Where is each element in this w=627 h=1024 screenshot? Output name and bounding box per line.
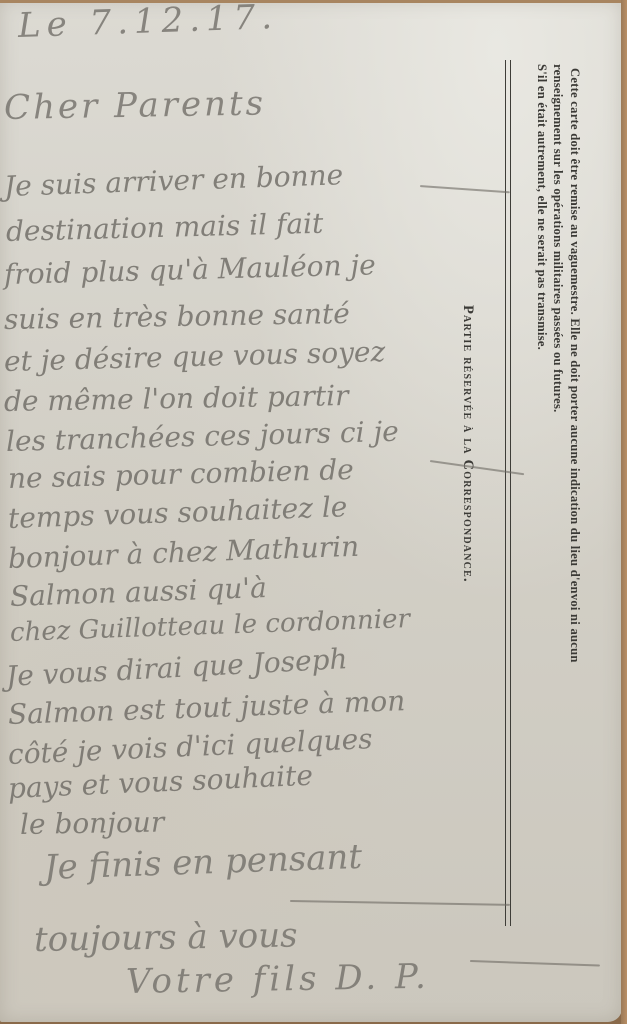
handwritten-line: les tranchées ces jours ci je — [6, 415, 400, 458]
handwritten-line: de même l'on doit partir — [4, 379, 349, 418]
handwritten-line: destination mais il fait — [6, 207, 324, 248]
handwritten-line: suis en très bonne santé — [4, 297, 350, 336]
pencil-stroke — [290, 900, 510, 906]
double-rule-divider — [505, 60, 511, 926]
handwritten-date: Le 7.12.17. — [17, 0, 278, 46]
handwritten-line: Je suis arriver en bonne — [3, 158, 343, 203]
handwritten-closing: toujours à vous — [34, 915, 298, 960]
notice-line-2: renseignement sur les opérations militai… — [550, 64, 567, 663]
printed-notice: Cette carte doit être remise au vaguemes… — [534, 64, 584, 663]
handwritten-signature: Votre fils D. P. — [126, 957, 430, 1002]
pencil-stroke — [420, 185, 510, 193]
pencil-stroke — [470, 960, 600, 967]
handwritten-line: froid plus qu'à Mauléon je — [4, 248, 377, 291]
handwritten-closing: Je finis en pensant — [43, 837, 362, 888]
postcard: Cette carte doit être remise au vaguemes… — [0, 0, 622, 1022]
handwritten-line: Salmon aussi qu'à — [9, 571, 267, 613]
table-surface-right — [621, 0, 627, 1024]
correspondence-heading: Partie réservée à la Correspondance. — [459, 305, 476, 583]
notice-line-1: Cette carte doit être remise au vaguemes… — [567, 64, 584, 663]
handwritten-line: bonjour à chez Mathurin — [7, 530, 359, 575]
handwritten-line: le bonjour — [20, 805, 165, 841]
handwritten-salutation: Cher Parents — [4, 83, 267, 128]
handwritten-line: Je vous dirai que Joseph — [5, 642, 348, 693]
handwritten-line: et je désire que vous soyez — [4, 335, 386, 378]
table-surface-top — [0, 0, 627, 3]
handwritten-line: ne sais pour combien de — [8, 453, 355, 495]
notice-line-3: S'il en était autrement, elle ne serait … — [534, 64, 551, 663]
handwritten-line: temps vous souhaitez le — [7, 490, 347, 535]
